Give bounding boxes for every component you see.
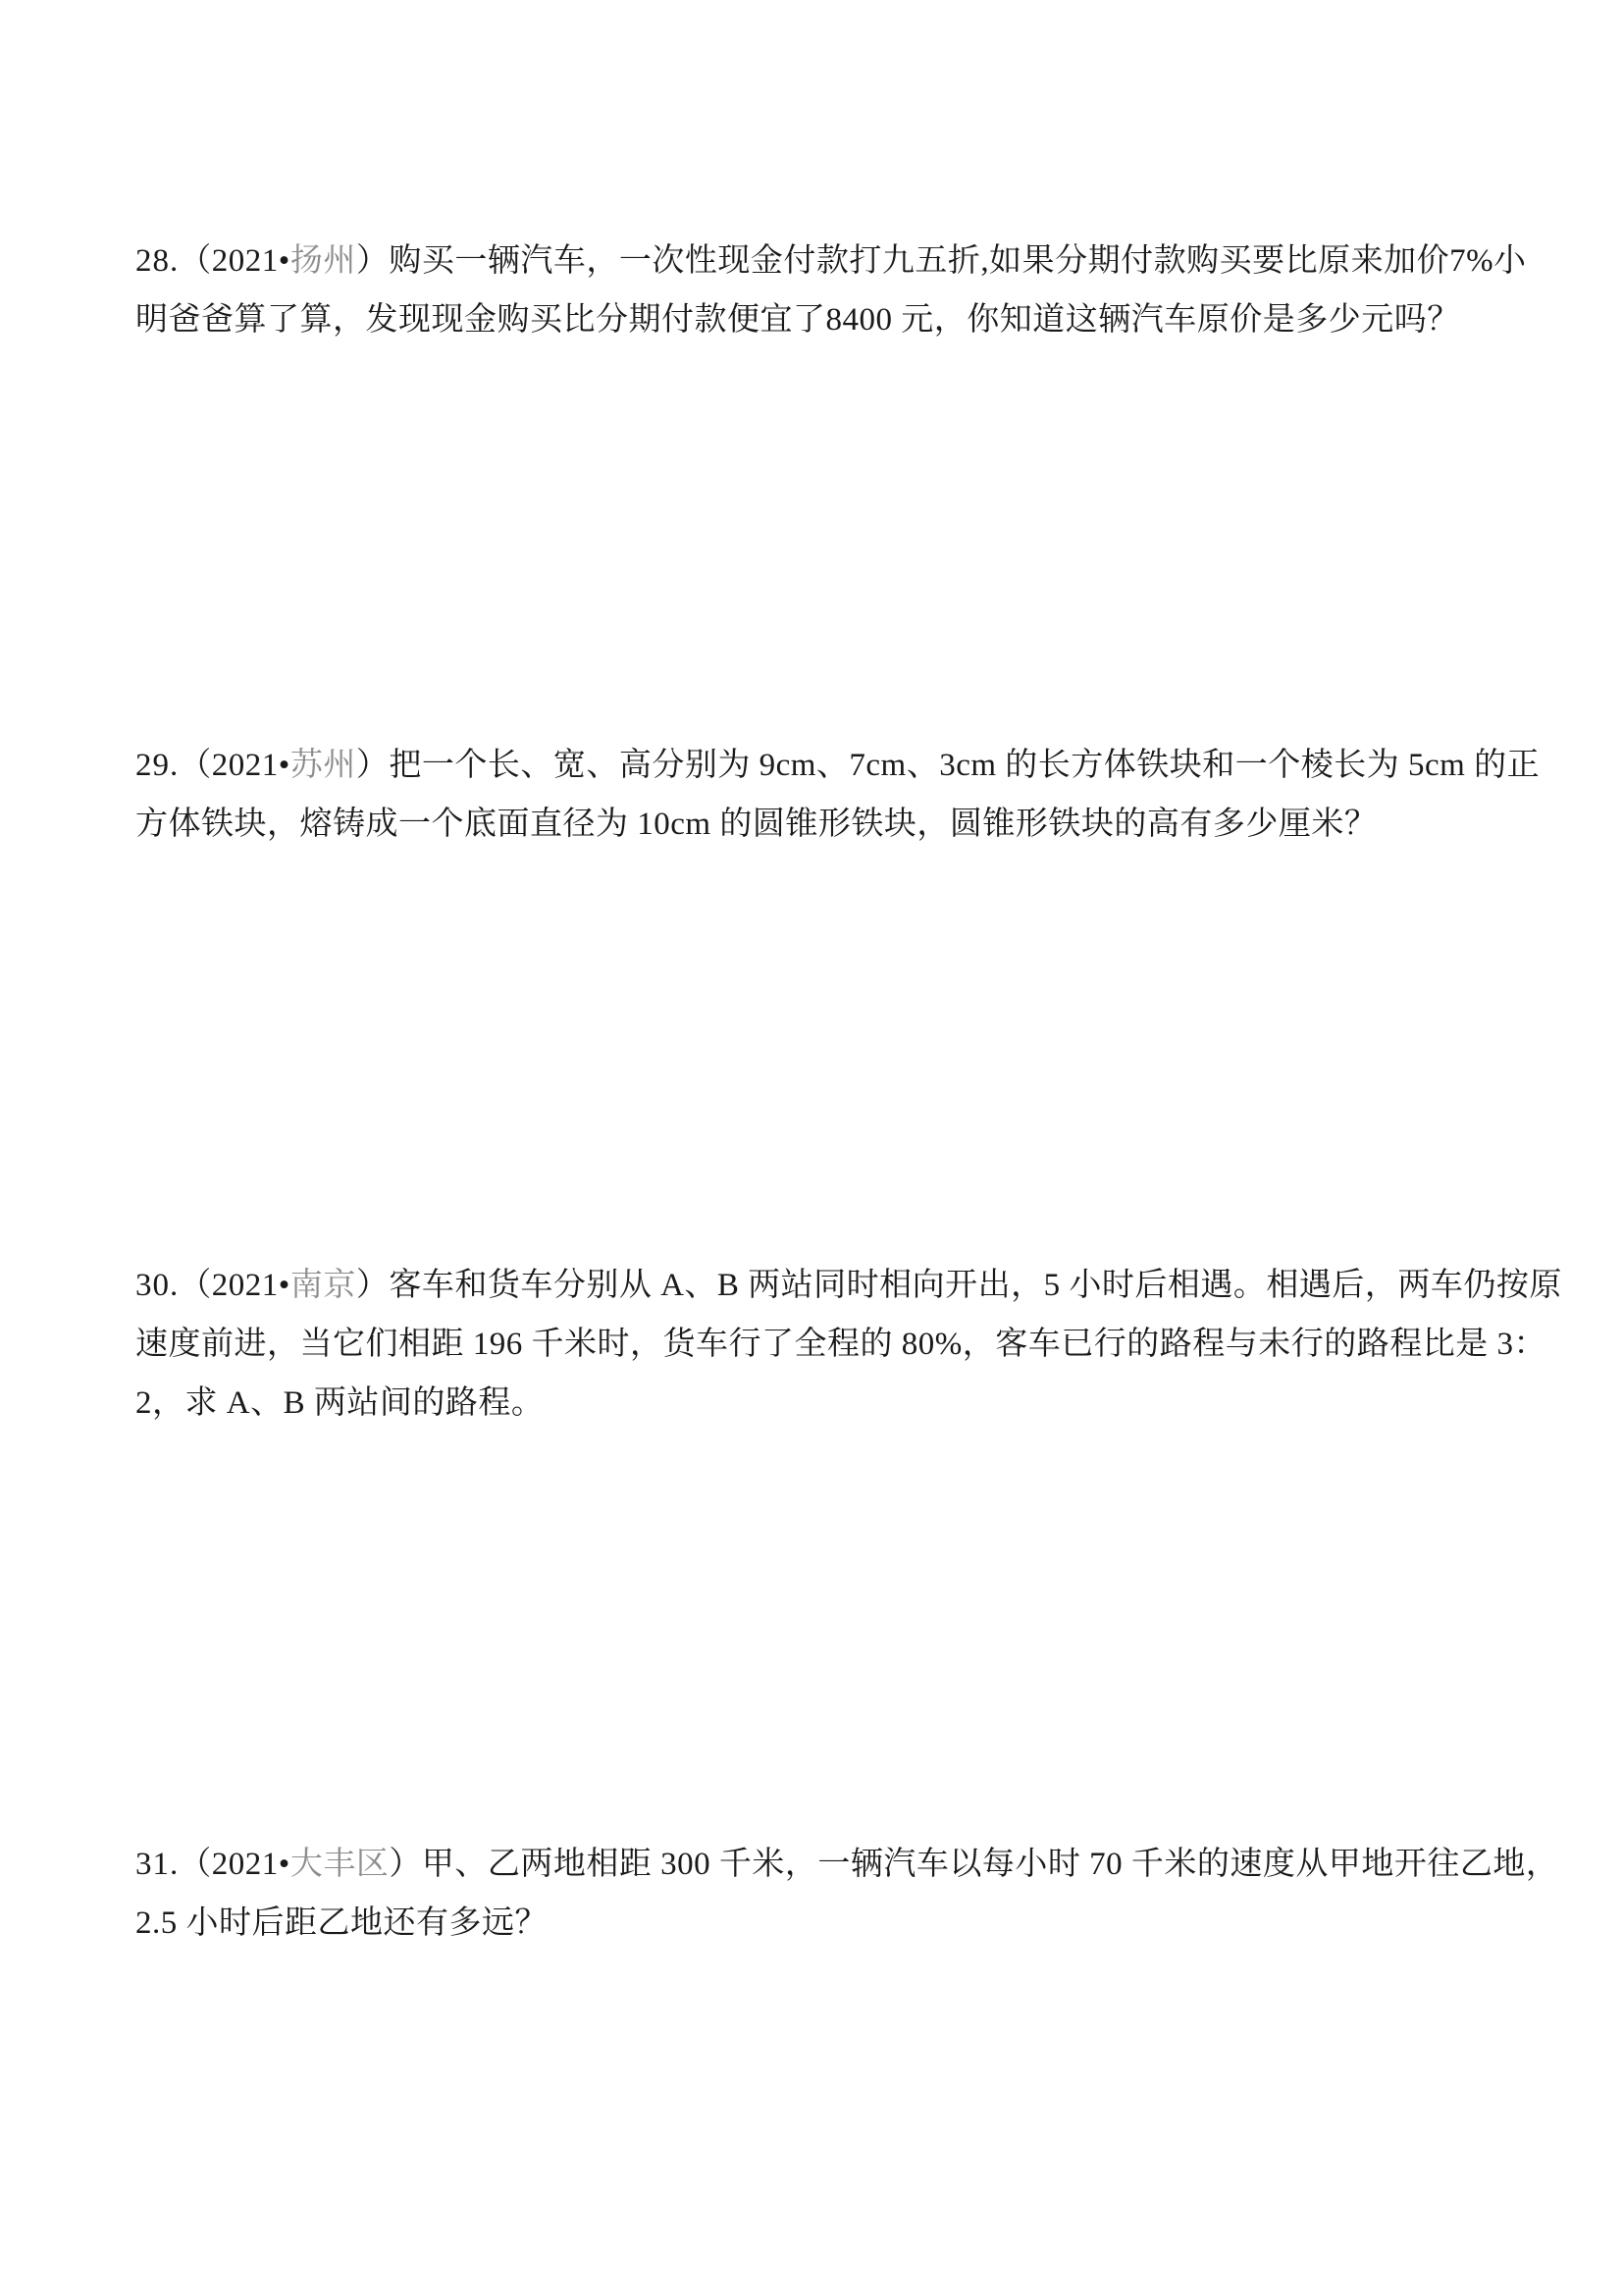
problem-30-line-1: 30.（2021•南京）客车和货车分别从 A、B 两站同时相向开出，5 小时后相… xyxy=(135,1256,1505,1315)
problem-28-source-prefix: （2021• xyxy=(179,243,290,279)
problem-30-source-suffix: ） xyxy=(356,1268,390,1303)
problem-31: 31.（2021•大丰区）甲、乙两地相距 300 千米，一辆汽车以每小时 70 … xyxy=(135,1835,1505,1953)
problem-31-line-2: 2.5 小时后距乙地还有多远？ xyxy=(135,1894,1505,1953)
problem-30-number: 30. xyxy=(135,1268,179,1303)
problem-31-source-prefix: （2021• xyxy=(179,1847,290,1882)
problem-29-source-suffix: ） xyxy=(356,748,390,783)
problem-30-source-prefix: （2021• xyxy=(179,1268,290,1303)
problem-31-source-suffix: ） xyxy=(389,1847,422,1882)
problem-28-line-1: 28.（2021•扬州）购买一辆汽车，一次性现金付款打九五折,如果分期付款购买要… xyxy=(135,232,1505,290)
problem-31-line-1: 31.（2021•大丰区）甲、乙两地相距 300 千米，一辆汽车以每小时 70 … xyxy=(135,1835,1505,1894)
problem-29-line-2: 方体铁块，熔铸成一个底面直径为 10cm 的圆锥形铁块，圆锥形铁块的高有多少厘米… xyxy=(135,795,1505,854)
problem-29-source-prefix: （2021• xyxy=(179,748,290,783)
problem-28-text: 购买一辆汽车，一次性现金付款打九五折,如果分期付款购买要比原来加价7%小 xyxy=(389,243,1526,279)
document-page: 28.（2021•扬州）购买一辆汽车，一次性现金付款打九五折,如果分期付款购买要… xyxy=(0,0,1623,2296)
problem-31-source-city: 大丰区 xyxy=(290,1847,390,1882)
problem-29-line-1: 29.（2021•苏州）把一个长、宽、高分别为 9cm、7cm、3cm 的长方体… xyxy=(135,736,1505,795)
problem-28: 28.（2021•扬州）购买一辆汽车，一次性现金付款打九五折,如果分期付款购买要… xyxy=(135,232,1505,349)
problem-29-text: 把一个长、宽、高分别为 9cm、7cm、3cm 的长方体铁块和一个棱长为 5cm… xyxy=(389,748,1540,783)
problem-28-source-city: 扬州 xyxy=(290,243,356,279)
problem-31-text: 甲、乙两地相距 300 千米，一辆汽车以每小时 70 千米的速度从甲地开往乙地， xyxy=(422,1847,1559,1882)
problem-28-source-suffix: ） xyxy=(356,243,390,279)
problem-31-number: 31. xyxy=(135,1847,179,1882)
problem-30-line-2: 速度前进，当它们相距 196 千米时，货车行了全程的 80%，客车已行的路程与未… xyxy=(135,1315,1505,1374)
problem-30-text: 客车和货车分别从 A、B 两站同时相向开出，5 小时后相遇。相遇后，两车仍按原 xyxy=(389,1268,1562,1303)
problem-30-source-city: 南京 xyxy=(290,1268,356,1303)
problem-29: 29.（2021•苏州）把一个长、宽、高分别为 9cm、7cm、3cm 的长方体… xyxy=(135,736,1505,854)
problem-28-line-2: 明爸爸算了算，发现现金购买比分期付款便宜了8400 元，你知道这辆汽车原价是多少… xyxy=(135,290,1505,349)
problem-30-line-3: 2，求 A、B 两站间的路程。 xyxy=(135,1374,1505,1433)
problem-30: 30.（2021•南京）客车和货车分别从 A、B 两站同时相向开出，5 小时后相… xyxy=(135,1256,1505,1433)
problem-28-number: 28. xyxy=(135,243,179,279)
problem-29-number: 29. xyxy=(135,748,179,783)
problem-29-source-city: 苏州 xyxy=(290,748,356,783)
